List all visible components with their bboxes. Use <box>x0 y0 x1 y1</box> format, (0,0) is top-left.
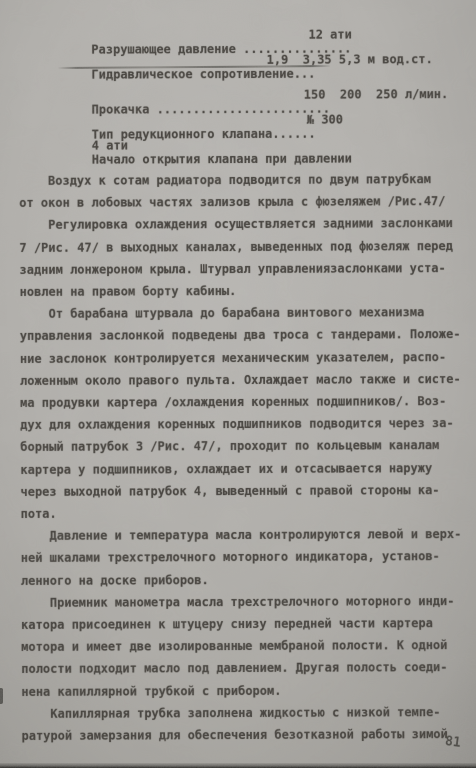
page-number: 81 <box>444 734 461 751</box>
spec-value: 150 200 250 л/мин. <box>304 87 449 102</box>
typewritten-content: Разрушающее давление ............... 12 … <box>18 19 465 747</box>
paragraph-manometer-receiver: Приемник манометра масла трехстрелочного… <box>21 590 465 703</box>
spec-table: Разрушающее давление ............... 12 … <box>18 19 463 164</box>
paragraph-cooling-regulation: Регулировка охлаждения осуществляется за… <box>19 212 463 303</box>
paragraph-capillary-tube: Капиллярная трубка заполнена жидкостью с… <box>21 701 465 747</box>
spec-value: 4 ати <box>92 138 128 152</box>
spec-value: № 300 <box>307 113 343 127</box>
spec-row-valve-type: Тип редукционного клапана...... № 300 <box>34 112 463 139</box>
page-bottom-edge-shadow <box>0 763 476 768</box>
spec-row-burst-pressure: Разрушающее давление ............... 12 … <box>33 27 462 54</box>
scan-edge-artifact <box>0 688 3 704</box>
scanned-document-page: Разрушающее давление ............... 12 … <box>0 0 476 768</box>
spec-value: 12 ати <box>308 28 351 42</box>
paragraph-cables-and-crankcase-cooling: От барабана штурвала до барабана винтово… <box>20 301 465 525</box>
spec-label: Гидравлическое сопротивление... <box>91 67 315 82</box>
spec-row-valve-opening-pressure: Начало открытия клапана при давлении 4 а… <box>34 137 463 164</box>
paragraph-oil-pressure-temperature: Давление и температура масла контролирую… <box>21 523 465 592</box>
spec-label: Начало открытия клапана при давлении <box>92 152 352 167</box>
spec-row-flow-rate: Прокачка ........................ 150 20… <box>34 87 463 114</box>
body-text: Воздух к сотам радиатора подводится по д… <box>19 168 466 747</box>
